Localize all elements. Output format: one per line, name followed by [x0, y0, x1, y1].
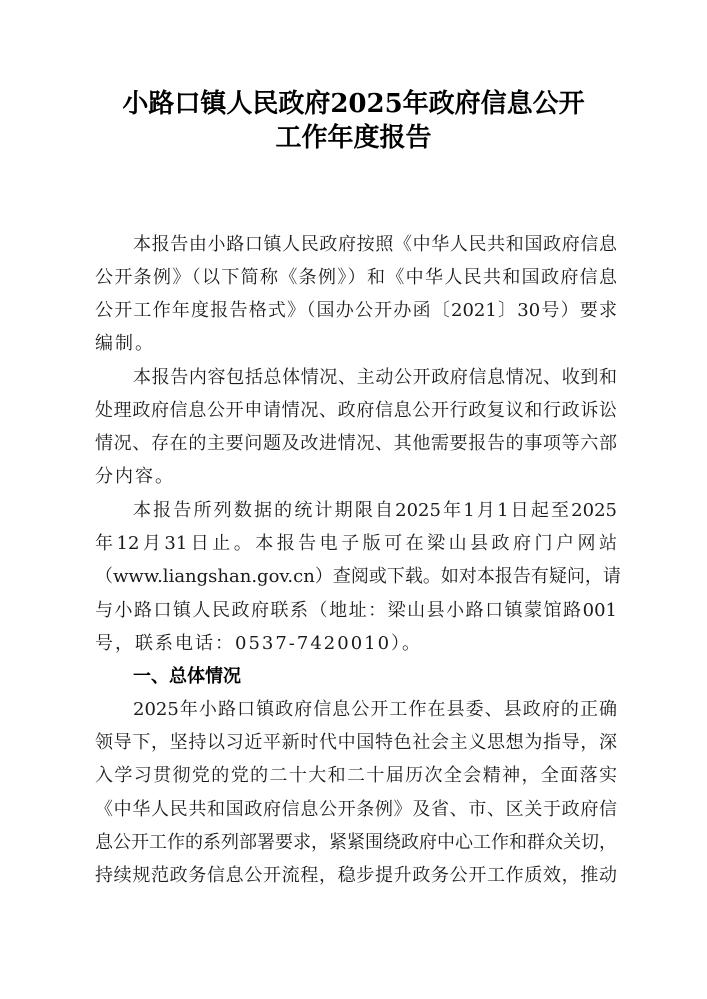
text-line: 入学习贯彻党的党的二十大和二十届历次全会精神，全面落实: [95, 759, 617, 792]
text-line: 本报告由小路口镇人民政府按照《中华人民共和国政府信息: [133, 228, 617, 261]
text-line: 与小路口镇人民政府联系（地址：梁山县小路口镇蒙馆路001: [95, 594, 617, 627]
text-line: 情况、存在的主要问题及改进情况、其他需要报告的事项等六部: [95, 427, 617, 460]
text-line: 处理政府信息公开申请情况、政府信息公开行政复议和行政诉讼: [95, 394, 617, 427]
text-line: 公开工作年度报告格式》（国办公开办函〔2021〕30号）要求: [95, 294, 617, 327]
text-line: 号，联系电话：0537-7420010）。: [95, 627, 617, 660]
text-line: 分内容。: [95, 460, 617, 493]
text-line: 持续规范政务信息公开流程，稳步提升政务公开工作质效，推动: [95, 859, 617, 892]
text-line: 本报告内容包括总体情况、主动公开政府信息情况、收到和: [133, 361, 617, 394]
text-line: 领导下，坚持以习近平新时代中国特色社会主义思想为指导，深: [95, 726, 617, 759]
document-title-line-1: 小路口镇人民政府2025年政府信息公开: [0, 87, 707, 121]
text-line: 2025年小路口镇政府信息公开工作在县委、县政府的正确: [133, 693, 617, 726]
text-line: 息公开工作的系列部署要求，紧紧围绕政府中心工作和群众关切，: [95, 826, 617, 859]
text-line: 《中华人民共和国政府信息公开条例》及省、市、区关于政府信: [95, 793, 617, 826]
text-line: 编制。: [95, 327, 617, 360]
document-title-line-2: 工作年度报告: [0, 121, 707, 155]
text-line: 本报告所列数据的统计期限自2025年1月1日起至2025: [133, 494, 617, 527]
text-line: 公开条例》（以下简称《条例》）和《中华人民共和国政府信息: [95, 261, 617, 294]
text-line: （www.liangshan.gov.cn）查阅或下载。如对本报告有疑问，请: [95, 560, 617, 593]
text-line: 年12月31日止。本报告电子版可在梁山县政府门户网站: [95, 527, 617, 560]
section-heading: 一、总体情况: [133, 660, 241, 693]
